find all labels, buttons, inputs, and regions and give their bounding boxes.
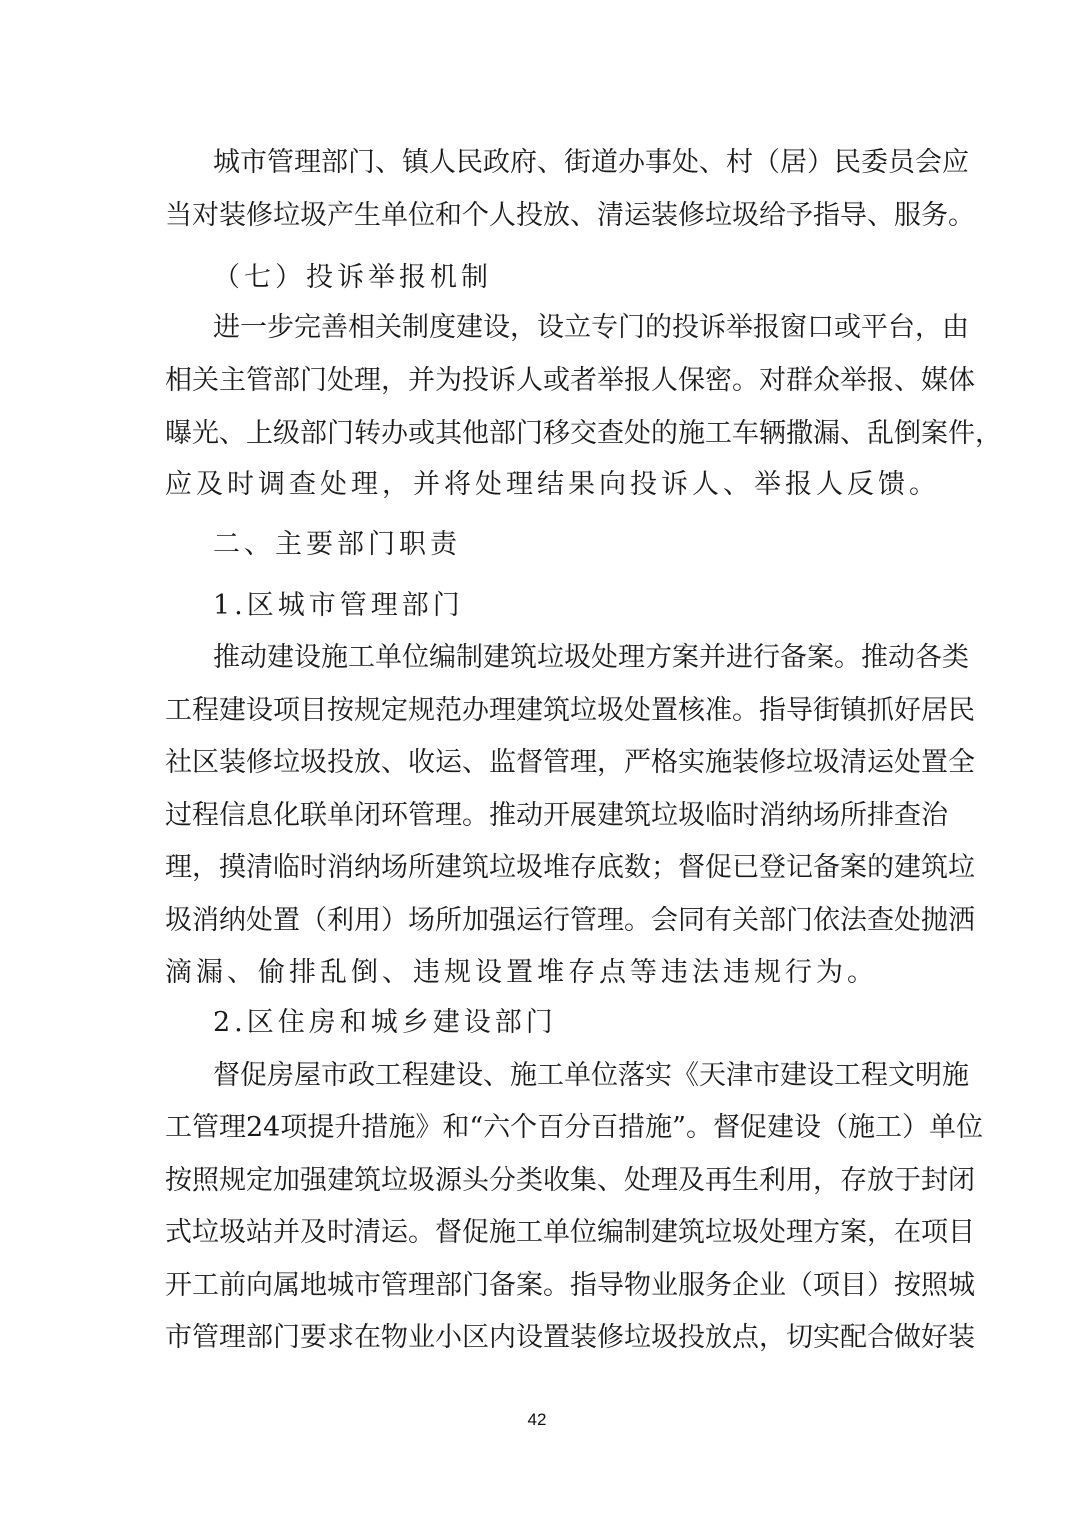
subsection-heading-urban-management: 1.区城市管理部门 — [213, 586, 464, 626]
text-line: 推动建设施工单位编制建筑垃圾处理方案并进行备案。推动各类 — [213, 638, 913, 678]
text-line: 工程建设项目按规定规范办理建筑垃圾处置核准。指导街镇抓好居民 — [165, 691, 913, 731]
section-heading-main-duties: 二、主要部门职责 — [213, 525, 461, 565]
subsection-heading-housing-construction: 2.区住房和城乡建设部门 — [213, 1003, 557, 1043]
page-number: 42 — [0, 1410, 1074, 1430]
text-line: 开工前向属地城市管理部门备案。指导物业服务企业（项目）按照城 — [165, 1266, 913, 1306]
text-line: 应及时调查处理，并将处理结果向投诉人、举报人反馈。 — [165, 465, 940, 505]
text-line: 工管理24项提升措施》和“六个百分百措施”。督促建设（施工）单位 — [165, 1108, 913, 1148]
text-line: 当对装修垃圾产生单位和个人投放、清运装修垃圾给予指导、服务。 — [165, 196, 913, 236]
text-line: 滴漏、偷排乱倒、违规设置堆存点等违法违规行为。 — [165, 953, 878, 993]
text-line: 城市管理部门、镇人民政府、街道办事处、村（居）民委员会应 — [213, 143, 913, 183]
text-line: 社区装修垃圾投放、收运、监督管理，严格实施装修垃圾清运处置全 — [165, 743, 913, 783]
text-line: 相关主管部门处理，并为投诉人或者举报人保密。对群众举报、媒体 — [165, 361, 913, 401]
text-line: 式垃圾站并及时清运。督促施工单位编制建筑垃圾处理方案，在项目 — [165, 1213, 913, 1253]
text-line: 督促房屋市政工程建设、施工单位落实《天津市建设工程文明施 — [213, 1056, 913, 1096]
text-line: 进一步完善相关制度建设，设立专门的投诉举报窗口或平台，由 — [213, 308, 913, 348]
section-heading-complaint-mechanism: （七）投诉举报机制 — [213, 258, 492, 298]
document-page: 城市管理部门、镇人民政府、街道办事处、村（居）民委员会应 当对装修垃圾产生单位和… — [0, 0, 1074, 1520]
text-line: 市管理部门要求在物业小区内设置装修垃圾投放点，切实配合做好装 — [165, 1318, 913, 1358]
text-line: 理，摸清临时消纳场所建筑垃圾堆存底数；督促已登记备案的建筑垃 — [165, 848, 913, 888]
text-line: 曝光、上级部门转办或其他部门移交查处的施工车辆撒漏、乱倒案件， — [165, 414, 913, 454]
text-line: 圾消纳处置（利用）场所加强运行管理。会同有关部门依法查处抛洒 — [165, 901, 913, 941]
text-line: 按照规定加强建筑垃圾源头分类收集、处理及再生利用，存放于封闭 — [165, 1161, 913, 1201]
text-line: 过程信息化联单闭环管理。推动开展建筑垃圾临时消纳场所排查治 — [165, 796, 913, 836]
